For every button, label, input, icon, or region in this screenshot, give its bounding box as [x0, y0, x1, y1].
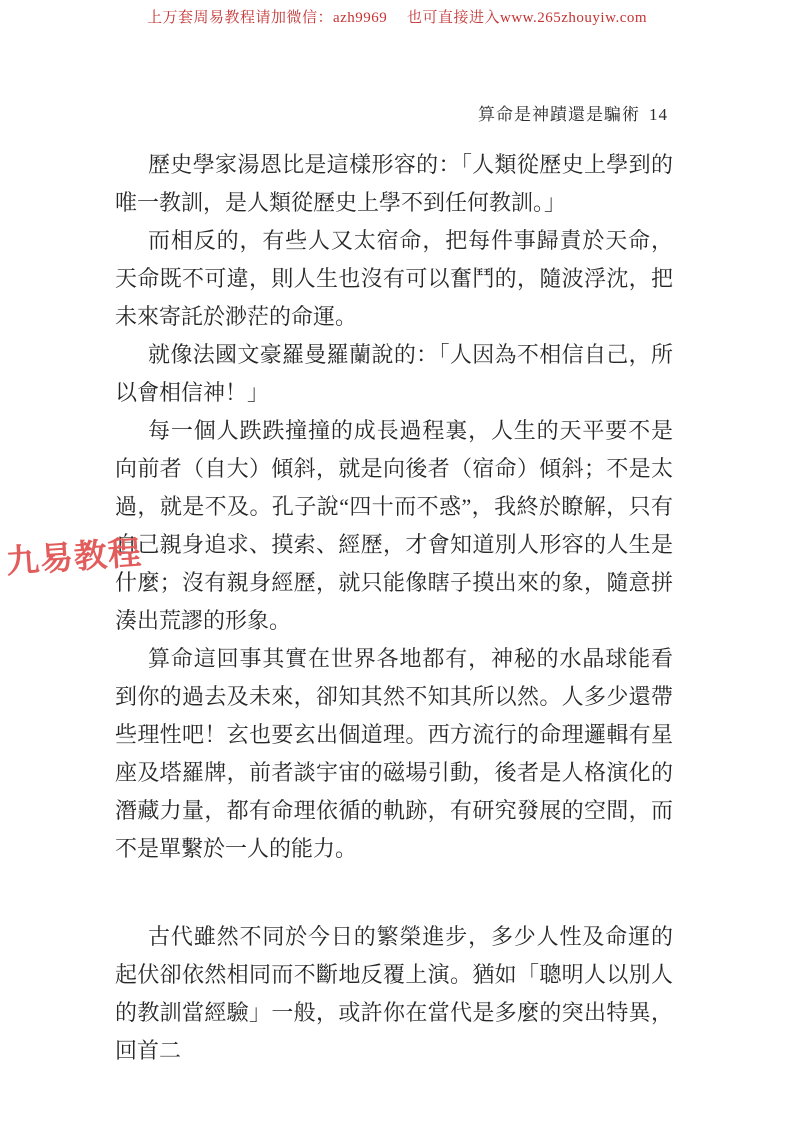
page-number: 14 — [649, 105, 668, 124]
paragraph: 就像法國文豪羅曼羅蘭說的：「人因為不相信自己，所以會相信神！」 — [115, 336, 673, 412]
document-page: 上万套周易教程请加微信：azh9969 也可直接进入www.265zhouyiw… — [0, 0, 794, 1123]
running-header: 算命是神蹟還是騙術14 — [478, 100, 668, 125]
chapter-title: 算命是神蹟還是騙術 — [478, 105, 640, 124]
paragraph: 古代雖然不同於今日的繁榮進步，多少人性及命運的起伏卻依然相同而不斷地反覆上演。猶… — [115, 918, 673, 1070]
paragraph: 算命這回事其實在世界各地都有，神秘的水晶球能看到你的過去及未來，卻知其然不知其所… — [115, 640, 673, 868]
body-text: 歷史學家湯恩比是這樣形容的：「人類從歷史上學到的唯一教訓，是人類從歷史上學不到任… — [115, 146, 673, 1070]
paragraph: 歷史學家湯恩比是這樣形容的：「人類從歷史上學到的唯一教訓，是人類從歷史上學不到任… — [115, 146, 673, 222]
paragraph: 每一個人跌跌撞撞的成長過程裏，人生的天平要不是向前者（自大）傾斜，就是向後者（宿… — [115, 412, 673, 640]
promo-header-text: 上万套周易教程请加微信：azh9969 也可直接进入www.265zhouyiw… — [0, 6, 794, 27]
paragraph: 而相反的，有些人又太宿命，把每件事歸責於天命，天命既不可違，則人生也沒有可以奮鬥… — [115, 222, 673, 336]
